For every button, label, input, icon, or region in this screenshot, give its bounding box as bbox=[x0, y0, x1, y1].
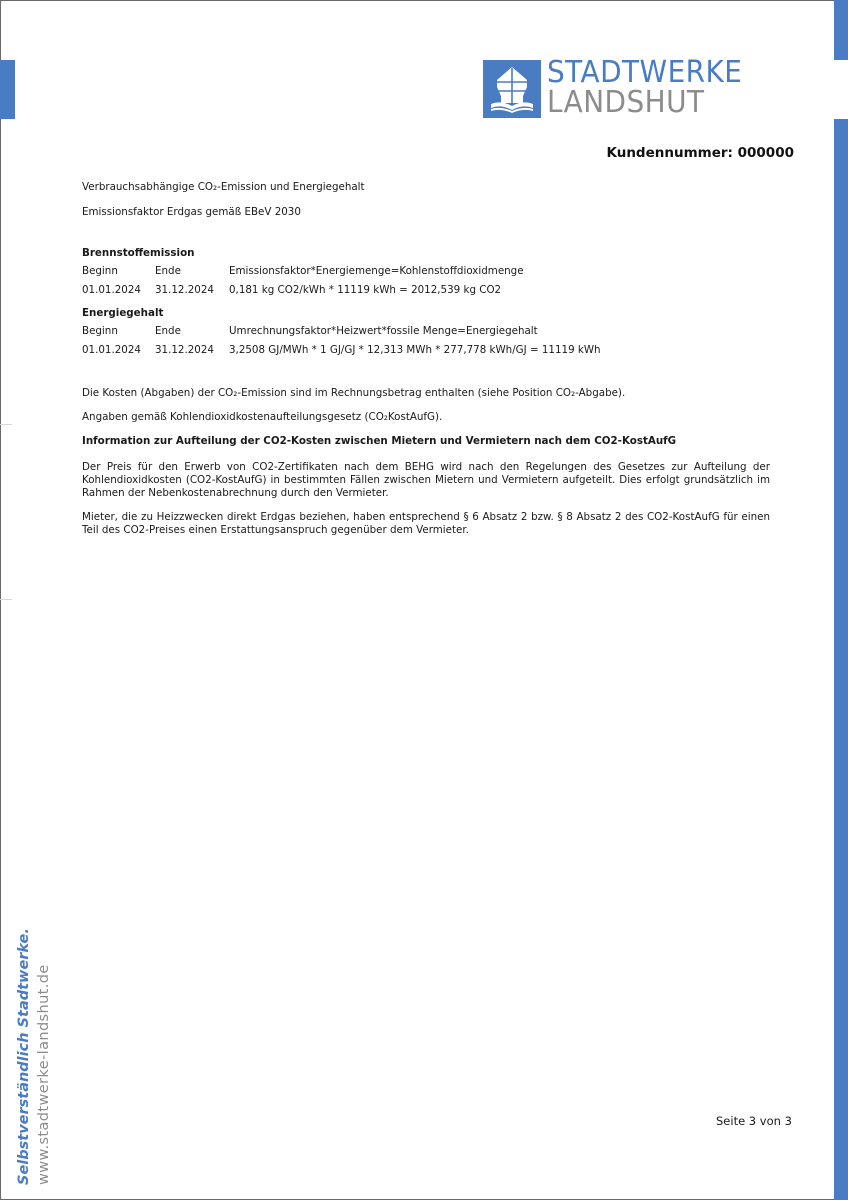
info-paragraph-1: Der Preis für den Erwerb von CO2-Zertifi… bbox=[82, 461, 770, 500]
company-logo: STADTWERKE LANDSHUT bbox=[483, 60, 773, 120]
column-header-begin: Beginn bbox=[82, 265, 118, 277]
fuel-emission-heading: Brennstoffemission bbox=[82, 247, 194, 259]
cell-calculation: 3,2508 GJ/MWh * 1 GJ/GJ * 12,313 MWh * 2… bbox=[229, 344, 601, 356]
sidebar-tagline: Selbstverständlich Stadtwerke. www.stadt… bbox=[14, 928, 54, 1185]
cell-end: 31.12.2024 bbox=[155, 284, 214, 296]
tagline-text: Selbstverständlich Stadtwerke. bbox=[14, 928, 34, 1185]
accent-bar-right-top bbox=[834, 0, 848, 60]
info-heading: Information zur Aufteilung der CO2-Koste… bbox=[82, 435, 676, 447]
column-header-formula: Emissionsfaktor*Energiemenge=Kohlenstoff… bbox=[229, 265, 524, 277]
emission-factor-note: Emissionsfaktor Erdgas gemäß EBeV 2030 bbox=[82, 206, 301, 218]
column-header-end: Ende bbox=[155, 265, 181, 277]
column-header-begin: Beginn bbox=[82, 325, 118, 337]
law-reference: Angaben gemäß Kohlendioxidkostenaufteilu… bbox=[82, 411, 442, 423]
page-frame bbox=[0, 0, 848, 1200]
website-link[interactable]: www.stadtwerke-landshut.de bbox=[34, 928, 54, 1185]
accent-bar-left bbox=[0, 60, 15, 119]
column-header-end: Ende bbox=[155, 325, 181, 337]
cell-begin: 01.01.2024 bbox=[82, 344, 141, 356]
customer-number: Kundennummer: 000000 bbox=[606, 145, 794, 161]
cell-calculation: 0,181 kg CO2/kWh * 11119 kWh = 2012,539 … bbox=[229, 284, 501, 296]
column-header-formula: Umrechnungsfaktor*Heizwert*fossile Menge… bbox=[229, 325, 538, 337]
page-number: Seite 3 von 3 bbox=[716, 1114, 792, 1128]
landshut-church-book-icon bbox=[483, 60, 541, 118]
energy-content-heading: Energiegehalt bbox=[82, 307, 163, 319]
logo-text-landshut: LANDSHUT bbox=[547, 86, 705, 120]
cell-begin: 01.01.2024 bbox=[82, 284, 141, 296]
info-paragraph-2: Mieter, die zu Heizzwecken direkt Erdgas… bbox=[82, 511, 770, 537]
costs-note: Die Kosten (Abgaben) der CO₂-Emission si… bbox=[82, 387, 625, 399]
intro-title: Verbrauchsabhängige CO₂-Emission und Ene… bbox=[82, 181, 365, 193]
fold-mark bbox=[0, 599, 12, 600]
accent-bar-right bbox=[834, 119, 848, 1200]
fold-mark bbox=[0, 424, 12, 425]
cell-end: 31.12.2024 bbox=[155, 344, 214, 356]
